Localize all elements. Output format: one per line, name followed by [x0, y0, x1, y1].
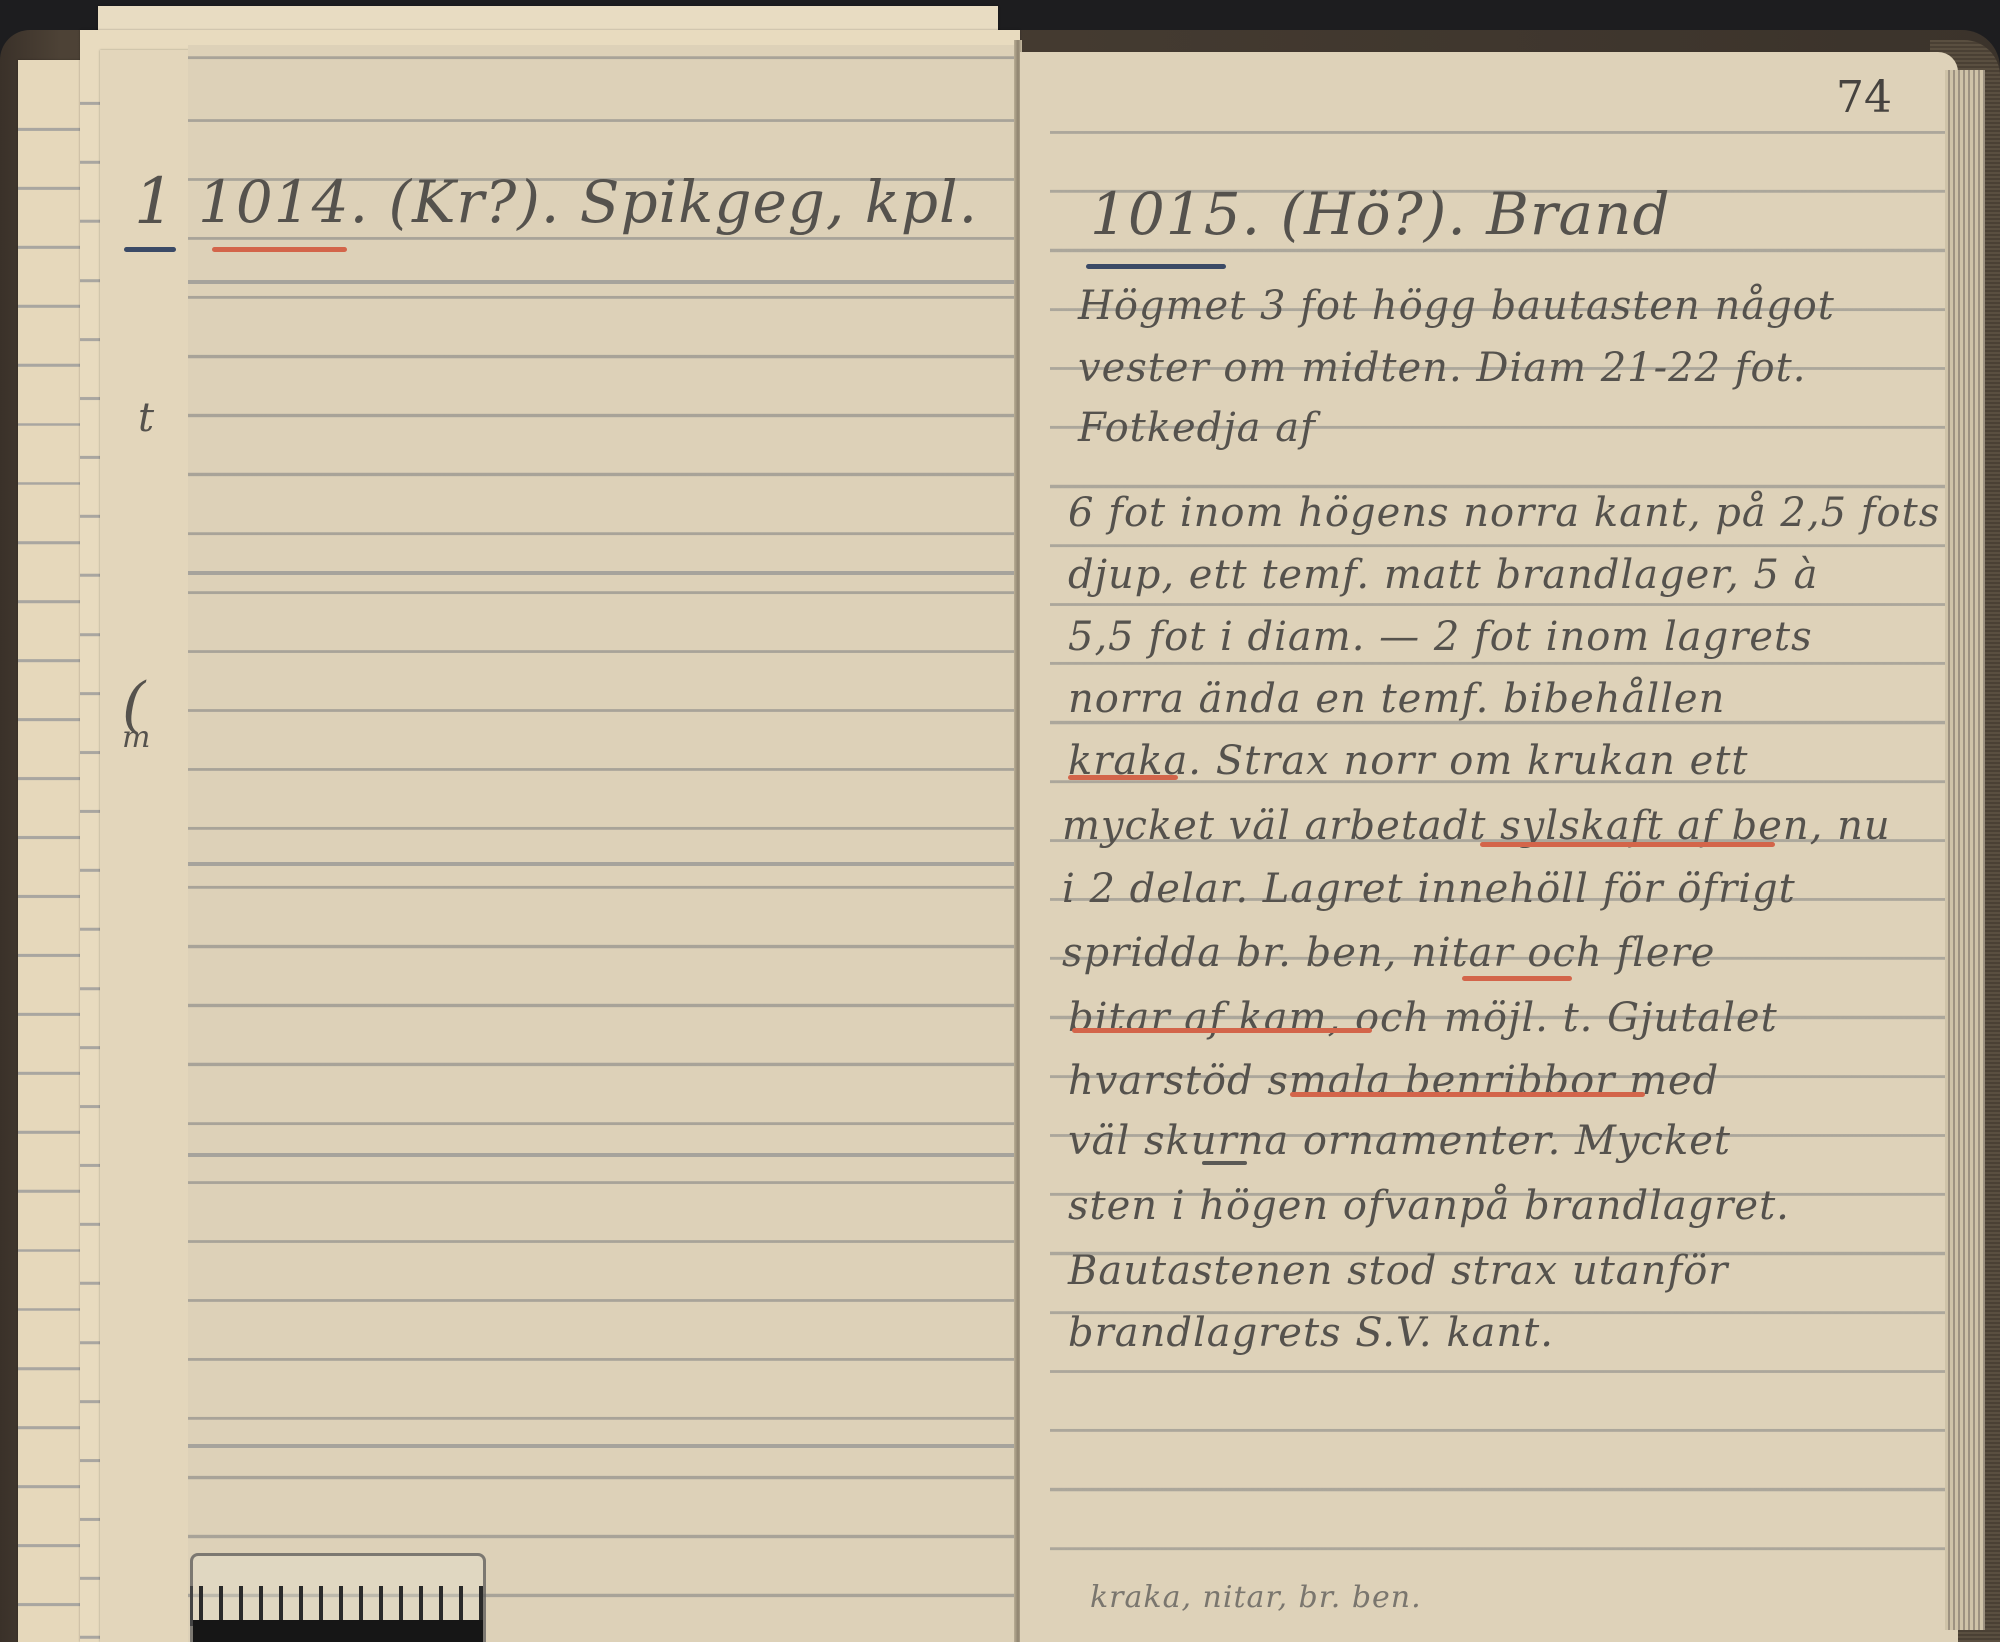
blue-underline [1086, 264, 1226, 269]
margin-fragment: m [122, 720, 151, 755]
text-line: vester om midten. Diam 21-22 fot. [1078, 345, 1806, 391]
left-page [188, 45, 1016, 1642]
right-entry-heading: 1015. (Hö?). Brand [1090, 180, 1671, 248]
text-line: 6 fot inom högens norra kant, på 2,5 fot… [1068, 490, 1940, 536]
red-underline [1072, 1028, 1372, 1033]
scale-ruler [190, 1553, 486, 1642]
text-line: sten i högen ofvanpå brandlagret. [1068, 1183, 1790, 1229]
margin-fragment: 1 [134, 165, 176, 239]
text-line: 5,5 fot i diam. — 2 fot inom lagrets [1068, 614, 1813, 660]
text-line: Högmet 3 fot högg bautasten något [1078, 283, 1835, 329]
pencil-underline [1202, 1161, 1247, 1165]
red-underline [1462, 976, 1572, 981]
text-line: djup, ett temf. matt brandlager, 5 à [1068, 552, 1819, 598]
text-line: brandlagrets S.V. kant. [1068, 1310, 1554, 1356]
text-line: Fotkedja af [1078, 405, 1316, 451]
page-number: 74 [1836, 72, 1892, 123]
text-line: i 2 delar. Lagret innehöll för öfrigt [1062, 866, 1796, 912]
text-line: Bautastenen stod strax utanför [1068, 1248, 1728, 1294]
red-underline [212, 247, 347, 252]
ruler-base [193, 1620, 483, 1642]
page-edges [1945, 70, 1985, 1630]
text-line: spridda br. ben, nitar och flere [1062, 930, 1715, 976]
blue-underline [124, 247, 176, 252]
ruled-lines [188, 45, 1016, 1642]
text-line: hvarstöd smala benribbor med [1068, 1058, 1719, 1104]
red-underline [1290, 1092, 1645, 1097]
text-line: väl skurna ornamenter. Mycket [1068, 1118, 1731, 1164]
text-line: bitar af kam, och möjl. t. Gjutalet [1068, 995, 1778, 1041]
footer-note: kraka, nitar, br. ben. [1090, 1580, 1422, 1615]
left-entry-heading: 1014. (Kr?). Spikgeg, kpl. [198, 168, 978, 236]
text-line: norra ända en temf. bibehållen [1068, 676, 1725, 722]
red-underline [1068, 775, 1178, 780]
red-underline [1480, 842, 1775, 847]
margin-fragment: t [138, 395, 155, 441]
